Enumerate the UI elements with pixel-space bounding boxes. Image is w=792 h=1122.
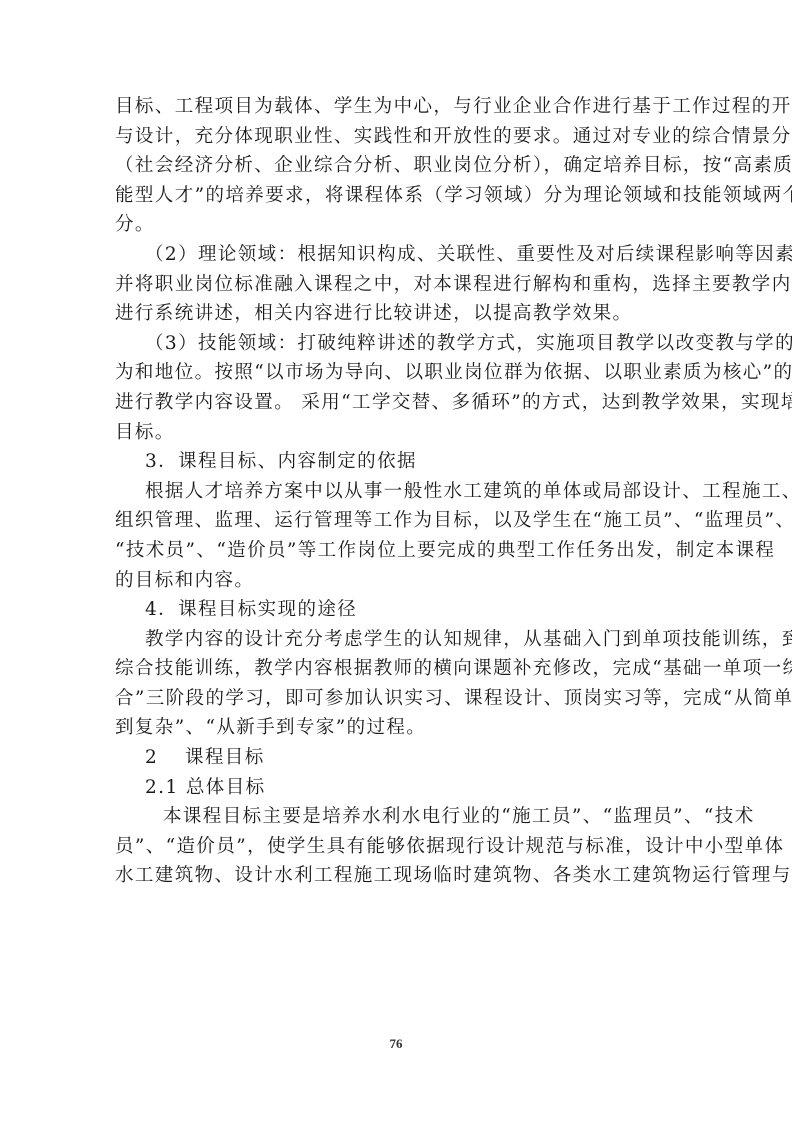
text-line: 并将职业岗位标准融入课程之中，对本课程进行解构和重构，选择主要教学内容 <box>115 270 681 300</box>
text-line: 到复杂”、“从新手到专家”的过程。 <box>115 713 681 743</box>
text-line: 能型人才”的培养要求，将课程体系（学习领域）分为理论领域和技能领域两个部 <box>115 181 681 211</box>
text-line: 进行教学内容设置。 采用“工学交替、多循环”的方式，达到教学效果，实现培养 <box>115 388 681 418</box>
paragraph-overall-objectives: 本课程目标主要是培养水利水电行业的“施工员”、“监理员”、“技术 员”、“造价员… <box>115 802 681 891</box>
page-number: 76 <box>0 1036 792 1052</box>
text-line: （3）技能领域：打破纯粹讲述的教学方式，实施项目教学以改变教与学的行 <box>115 329 681 359</box>
heading-implementation-path: 4．课程目标实现的途径 <box>115 595 681 625</box>
paragraph-course-basis: 根据人才培养方案中以从事一般性水工建筑的单体或局部设计、工程施工、 组织管理、监… <box>115 477 681 595</box>
text-line: 合”三阶段的学习，即可参加认识实习、课程设计、顶岗实习等，完成“从简单 <box>115 684 681 714</box>
text-line: （社会经济分析、企业综合分析、职业岗位分析），确定培养目标，按“高素质技 <box>115 151 681 181</box>
text-line: 为和地位。按照“以市场为导向、以职业岗位群为依据、以职业素质为核心”的原则 <box>115 358 681 388</box>
section-heading-course-objectives: 2课程目标 <box>115 743 681 773</box>
document-page: 目标、工程项目为载体、学生为中心，与行业企业合作进行基于工作过程的开发 与设计，… <box>115 92 681 891</box>
text-line: 与设计，充分体现职业性、实践性和开放性的要求。通过对专业的综合情景分析 <box>115 122 681 152</box>
heading-course-basis: 3．课程目标、内容制定的依据 <box>115 447 681 477</box>
text-line: （2）理论领域：根据知识构成、关联性、重要性及对后续课程影响等因素， <box>115 240 681 270</box>
text-line: 分。 <box>115 210 681 240</box>
paragraph-intro: 目标、工程项目为载体、学生为中心，与行业企业合作进行基于工作过程的开发 与设计，… <box>115 92 681 240</box>
text-line: 目标、工程项目为载体、学生为中心，与行业企业合作进行基于工作过程的开发 <box>115 92 681 122</box>
text-line: 本课程目标主要是培养水利水电行业的“施工员”、“监理员”、“技术 <box>115 802 681 832</box>
text-line: 根据人才培养方案中以从事一般性水工建筑的单体或局部设计、工程施工、 <box>115 477 681 507</box>
text-line: 员”、“造价员”，使学生具有能够依据现行设计规范与标准，设计中小型单体 <box>115 832 681 862</box>
paragraph-skill-domain: （3）技能领域：打破纯粹讲述的教学方式，实施项目教学以改变教与学的行 为和地位。… <box>115 329 681 447</box>
paragraph-implementation-path: 教学内容的设计充分考虑学生的认知规律，从基础入门到单项技能训练，到 综合技能训练… <box>115 625 681 743</box>
text-line: 组织管理、监理、运行管理等工作为目标，以及学生在“施工员”、“监理员”、 <box>115 506 681 536</box>
text-line: 进行系统讲述，相关内容进行比较讲述，以提高教学效果。 <box>115 299 681 329</box>
text-line: 教学内容的设计充分考虑学生的认知规律，从基础入门到单项技能训练，到 <box>115 625 681 655</box>
paragraph-theory-domain: （2）理论领域：根据知识构成、关联性、重要性及对后续课程影响等因素， 并将职业岗… <box>115 240 681 329</box>
heading-overall-objectives: 2.1 总体目标 <box>115 773 681 803</box>
text-line: 的目标和内容。 <box>115 566 681 596</box>
text-line: 水工建筑物、设计水利工程施工现场临时建筑物、各类水工建筑物运行管理与维 <box>115 861 681 891</box>
section-number: 2 <box>145 743 185 773</box>
text-line: 目标。 <box>115 418 681 448</box>
text-line: 综合技能训练，教学内容根据教师的横向课题补充修改，完成“基础一单项一综 <box>115 654 681 684</box>
section-title: 课程目标 <box>185 747 265 768</box>
text-line: “技术员”、“造价员”等工作岗位上要完成的典型工作任务出发，制定本课程 <box>115 536 681 566</box>
